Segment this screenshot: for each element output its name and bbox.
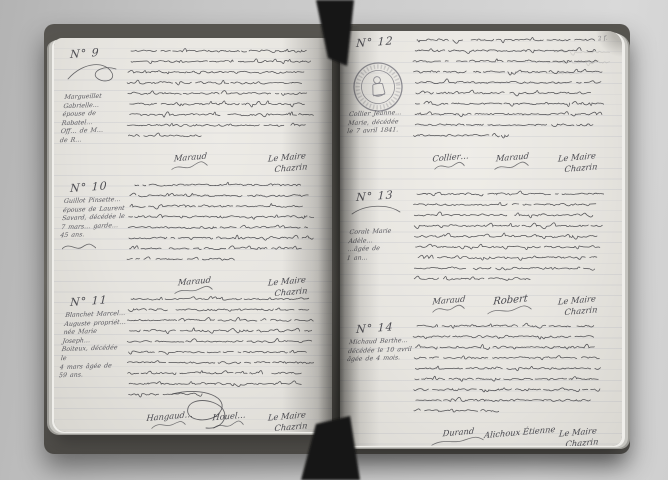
signature: Maraud: [431, 294, 466, 317]
right-page: 2 f. N° 12 Collier Jeanne… Marie, décédé…: [340, 31, 622, 446]
register-scan: N° 9 Margueillet Gabrielle… épouse de Ra…: [0, 0, 668, 480]
margin-note: Collier Jeanne… Marie, décédée le 7 avri…: [347, 109, 414, 137]
signature: Maraud: [171, 151, 209, 174]
entry-number: N° 14: [356, 319, 412, 336]
pen-flourish: [348, 202, 406, 220]
mayor-signature: Le Maire Chazrin: [554, 293, 599, 318]
entry-no12: N° 12 Collier Jeanne… Marie, décédée le …: [348, 33, 612, 173]
margin-note: Margueillet Gabrielle… épouse de Rabatel…: [59, 92, 128, 146]
signature: Collier…: [431, 150, 469, 173]
signature-row: Durand Alichoux Étienne Le Maire Chazrin: [412, 424, 604, 446]
signature-row: Maraud Le Maire Chazrin: [126, 149, 314, 173]
signature-row: Hangaud… Houel… Le Maire Chazrin: [126, 408, 314, 432]
entry-no11: N° 11 Blanchet Marcel… Auguste propriét……: [62, 292, 322, 432]
signature: Durand: [431, 425, 485, 446]
entry-number: N° 10: [70, 178, 126, 195]
signature: Alichoux Étienne: [484, 424, 556, 440]
entry-no14: N° 14 Michaud Berthe… décédée le 10 avri…: [348, 319, 612, 446]
handwriting-block: [126, 178, 314, 273]
pen-flourish: [62, 59, 122, 85]
entry-no13: N° 13 Coralt Marie Adèle… …âgée de 1 an……: [348, 187, 612, 316]
handwriting-block: [126, 292, 314, 408]
mayor-signature: Le Maire Chazrin: [554, 150, 599, 175]
handwriting-block: [412, 187, 604, 292]
mayor-signature: Le Maire Chazrin: [264, 150, 309, 175]
signature-row: Maraud Robert Le Maire Chazrin: [412, 292, 604, 316]
entry-no9: N° 9 Margueillet Gabrielle… épouse de Ra…: [62, 44, 322, 173]
entry-number: N° 11: [70, 292, 126, 309]
entry-no10: N° 10 Guillot Pinsette… épouse de Lauren…: [62, 178, 322, 297]
signature: Hangaud…: [145, 409, 193, 432]
signature: Houel…: [211, 409, 246, 432]
margin-note: Blanchet Marcel… Auguste propriét… née M…: [58, 310, 129, 381]
handwriting-block: [412, 319, 604, 424]
margin-note: Michaud Berthe… décédée le 10 avril âgée…: [347, 337, 414, 365]
mayor-signature: Le Maire Chazrin: [264, 409, 309, 432]
pen-flourish: [62, 240, 126, 250]
signature-row: Collier… Maraud Le Maire Chazrin: [412, 149, 604, 173]
margin-note: Coralt Marie Adèle… …âgée de 1 an…: [346, 227, 414, 264]
margin-note: Guillot Pinsette… épouse de Laurent Sava…: [60, 196, 128, 241]
handwriting-block: [412, 33, 604, 149]
handwriting-block: [126, 44, 314, 149]
signature: Robert: [487, 293, 533, 318]
left-page: N° 9 Margueillet Gabrielle… épouse de Ra…: [54, 38, 332, 432]
signature: Maraud: [494, 150, 530, 173]
entry-number: N° 12: [356, 33, 412, 50]
mayor-signature: Le Maire Chazrin: [555, 425, 600, 446]
